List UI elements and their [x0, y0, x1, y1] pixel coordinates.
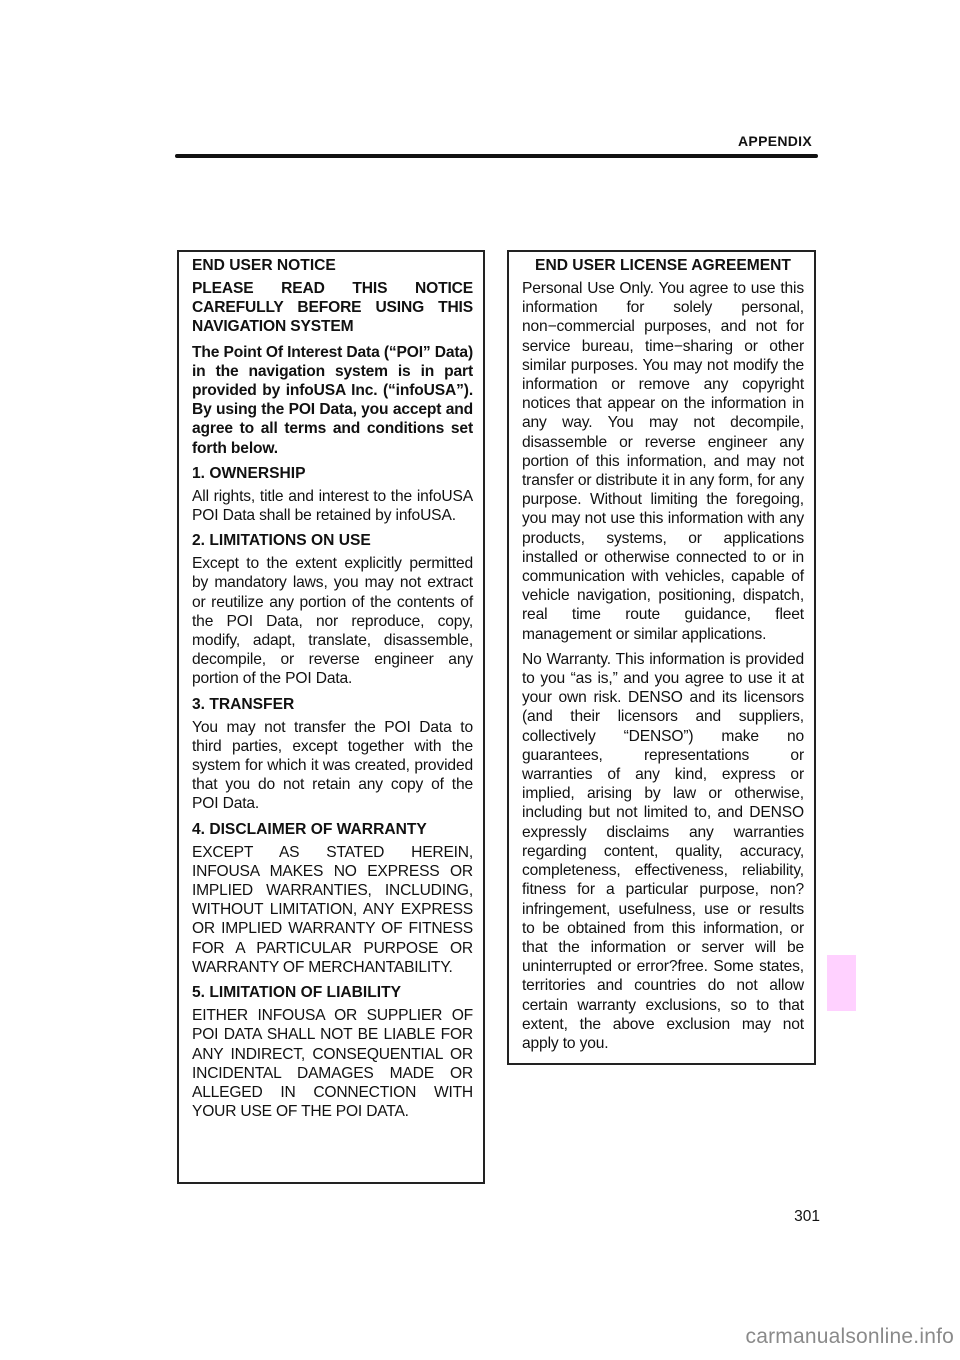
page-number: 301 — [770, 1208, 820, 1226]
section-heading-ownership: 1. OWNERSHIP — [192, 464, 473, 483]
section-body-limitations: Except to the extent explicitly permitte… — [192, 554, 473, 688]
license-personal-use-paragraph: Personal Use Only. You agree to use this… — [522, 279, 804, 644]
section-heading-limitations: 2. LIMITATIONS ON USE — [192, 531, 473, 550]
section-body-liability: EITHER INFOUSA OR SUPPLIER OF POI DATA S… — [192, 1006, 473, 1121]
notice-title: END USER NOTICE — [192, 256, 473, 275]
section-title: APPENDIX — [600, 133, 812, 149]
section-heading-disclaimer: 4. DISCLAIMER OF WARRANTY — [192, 820, 473, 839]
end-user-notice-box: END USER NOTICE PLEASE READ THIS NOTICE … — [177, 250, 485, 1184]
end-user-license-agreement-box: END USER LICENSE AGREEMENT Personal Use … — [507, 250, 816, 1065]
section-heading-liability: 5. LIMITATION OF LIABILITY — [192, 983, 473, 1002]
notice-intro-poi: The Point Of Interest Data (“POI” Data) … — [192, 343, 473, 458]
header-rule-divider — [175, 154, 818, 158]
section-body-ownership: All rights, title and interest to the in… — [192, 487, 473, 525]
license-no-warranty-paragraph: No Warranty. This information is provide… — [522, 650, 804, 1053]
notice-intro-warning: PLEASE READ THIS NOTICE CAREFULLY BEFORE… — [192, 279, 473, 337]
section-body-transfer: You may not transfer the POI Data to thi… — [192, 718, 473, 814]
section-heading-transfer: 3. TRANSFER — [192, 695, 473, 714]
license-title: END USER LICENSE AGREEMENT — [522, 256, 804, 275]
watermark-text: carmanualsonline.info — [680, 1325, 954, 1349]
chapter-tab-marker — [827, 955, 856, 1011]
section-body-disclaimer: EXCEPT AS STATED HEREIN, INFOUSA MAKES N… — [192, 843, 473, 977]
